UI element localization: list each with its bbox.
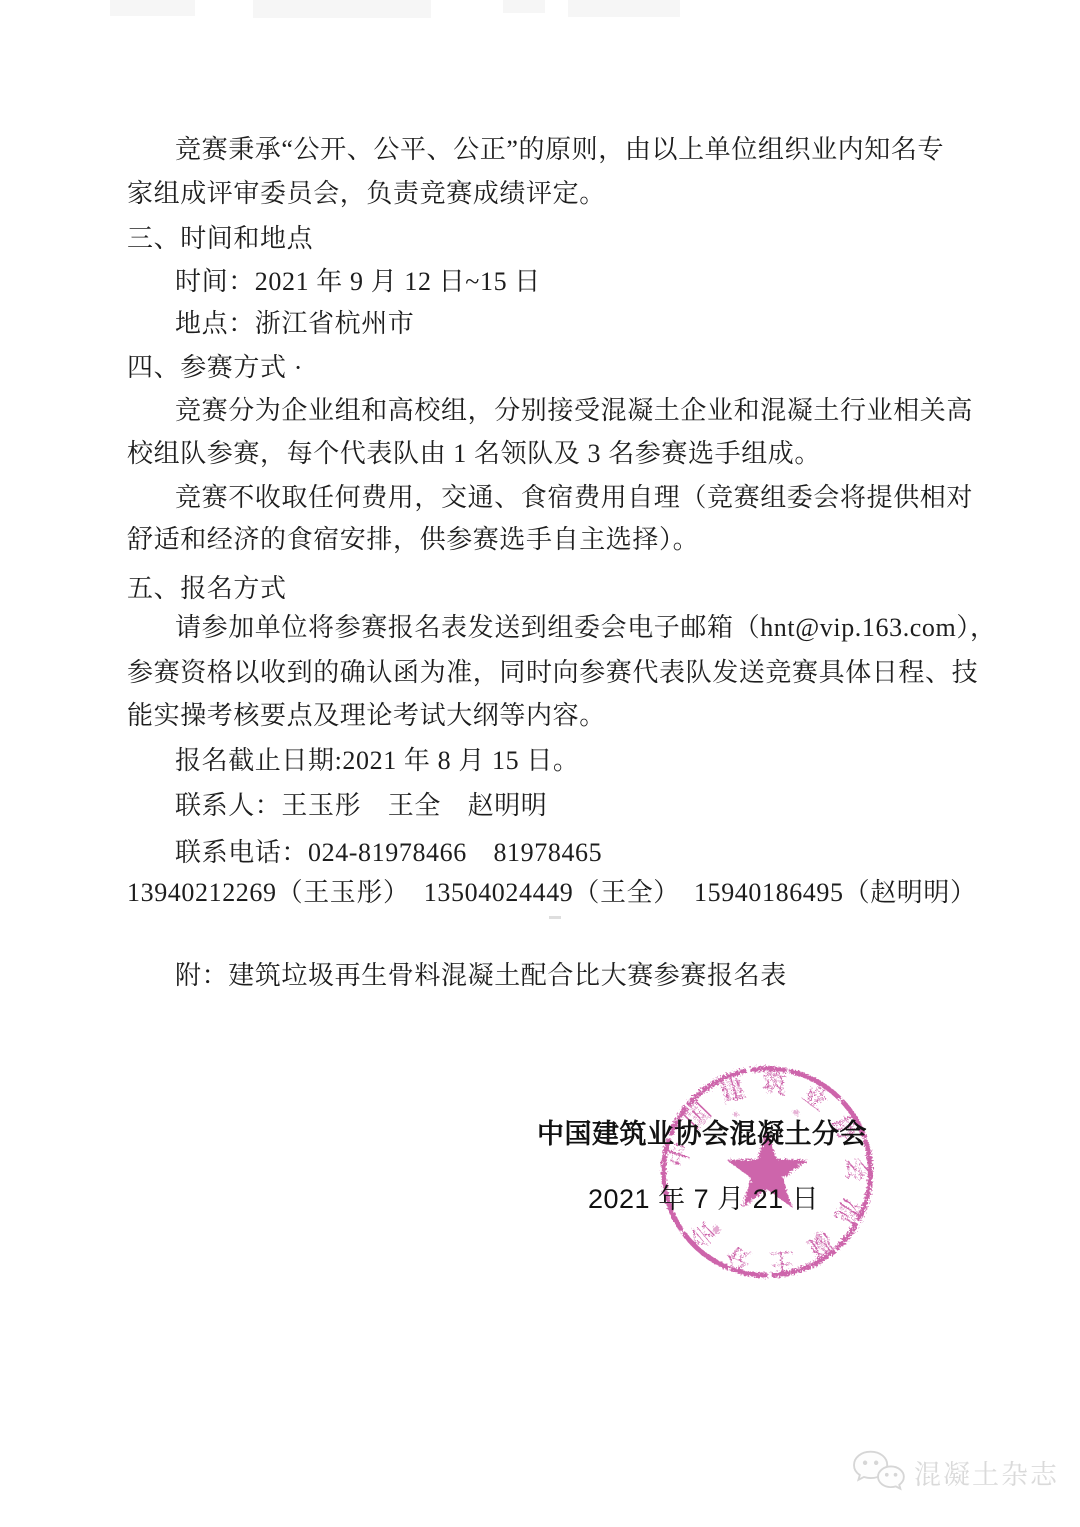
signature-date: 2021 年 7 月 21 日 bbox=[588, 1177, 819, 1216]
mobile-numbers-line: 13940212269（王玉彤） 13504024449（王全） 1594018… bbox=[127, 876, 977, 910]
watermark: 混凝土杂志 bbox=[850, 1448, 1059, 1496]
paragraph-principles-line2: 家组成评审委员会，负责竞赛成绩评定。 bbox=[127, 177, 606, 211]
place-line: 地点：浙江省杭州市 bbox=[175, 307, 414, 341]
section-heading-registration: 五、报名方式 bbox=[127, 572, 287, 606]
time-line: 时间：2021 年 9 月 12 日~15 日 bbox=[175, 265, 541, 299]
paragraph-groups-line2: 校组队参赛，每个代表队由 1 名领队及 3 名参赛选手组成。 bbox=[127, 437, 821, 471]
watermark-label: 混凝土杂志 bbox=[914, 1453, 1059, 1492]
paragraph-groups-line1: 竞赛分为企业组和高校组，分别接受混凝土企业和混凝土行业相关高 bbox=[175, 394, 973, 428]
paragraph-registration-line3: 能实操考核要点及理论考试大纲等内容。 bbox=[127, 699, 606, 733]
scan-artifact bbox=[110, 0, 195, 16]
document-page: 竞赛秉承“公开、公平、公正”的原则，由以上单位组织业内知名专 家组成评审委员会，… bbox=[0, 0, 1080, 1527]
seal-speckle bbox=[712, 1226, 720, 1234]
paragraph-principles-line1: 竞赛秉承“公开、公平、公正”的原则，由以上单位组织业内知名专 bbox=[175, 133, 944, 167]
paragraph-registration-line1: 请参加单位将参赛报名表发送到组委会电子邮箱（hnt@vip.163.com）， bbox=[175, 611, 997, 645]
contacts-line: 联系人：王玉彤 王全 赵明明 bbox=[175, 789, 547, 823]
scan-artifact bbox=[568, 0, 680, 17]
deadline-line: 报名截止日期:2021 年 8 月 15 日。 bbox=[175, 744, 580, 778]
scan-artifact bbox=[253, 0, 431, 18]
section-heading-time-place: 三、时间和地点 bbox=[127, 222, 313, 256]
scan-artifact bbox=[549, 916, 561, 919]
wechat-icon bbox=[850, 1448, 906, 1496]
official-seal-stamp: 中国建筑业协会混凝土分会 bbox=[650, 1054, 884, 1288]
section-heading-participation: 四、参赛方式 · bbox=[127, 351, 303, 385]
scan-artifact bbox=[503, 0, 545, 13]
paragraph-registration-line2: 参赛资格以收到的确认函为准，同时向参赛代表队发送竞赛具体日程、技 bbox=[127, 656, 978, 690]
paragraph-fees-line1: 竞赛不收取任何费用，交通、食宿费用自理（竞赛组委会将提供相对 bbox=[175, 481, 973, 515]
phone-line: 联系电话：024-81978466 81978465 bbox=[175, 836, 602, 870]
signature-organization: 中国建筑业协会混凝土分会 bbox=[537, 1112, 867, 1151]
paragraph-fees-line2: 舒适和经济的食宿安排，供参赛选手自主选择）。 bbox=[127, 523, 699, 557]
attachment-line: 附：建筑垃圾再生骨料混凝土配合比大赛参赛报名表 bbox=[175, 959, 787, 993]
seal-speckle bbox=[815, 1232, 821, 1238]
